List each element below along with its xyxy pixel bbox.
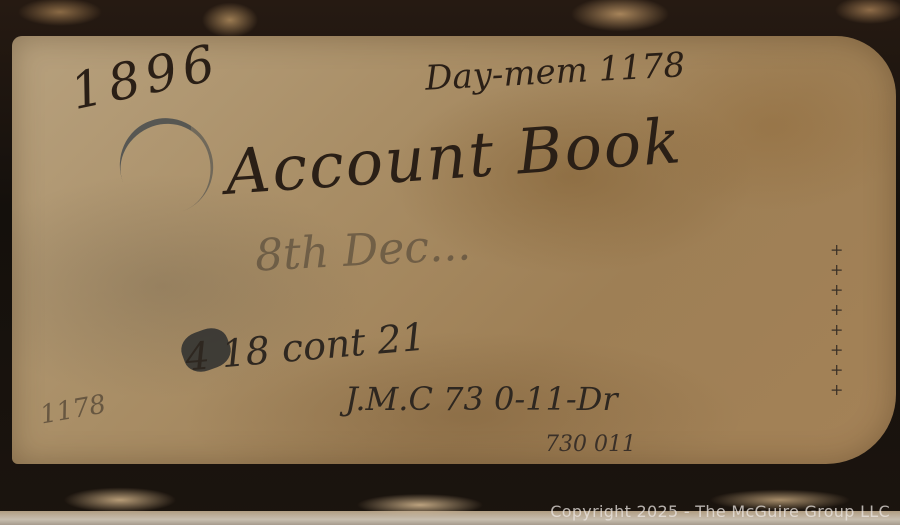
ledger-line-3: J.M.C 73 0-11-Dr [345,380,618,418]
ledger-line-4: 730 011 [545,432,636,457]
tally-marks: + + + + + + + + [830,240,843,400]
copyright-watermark: Copyright 2025 - The McGuire Group LLC [550,502,890,521]
